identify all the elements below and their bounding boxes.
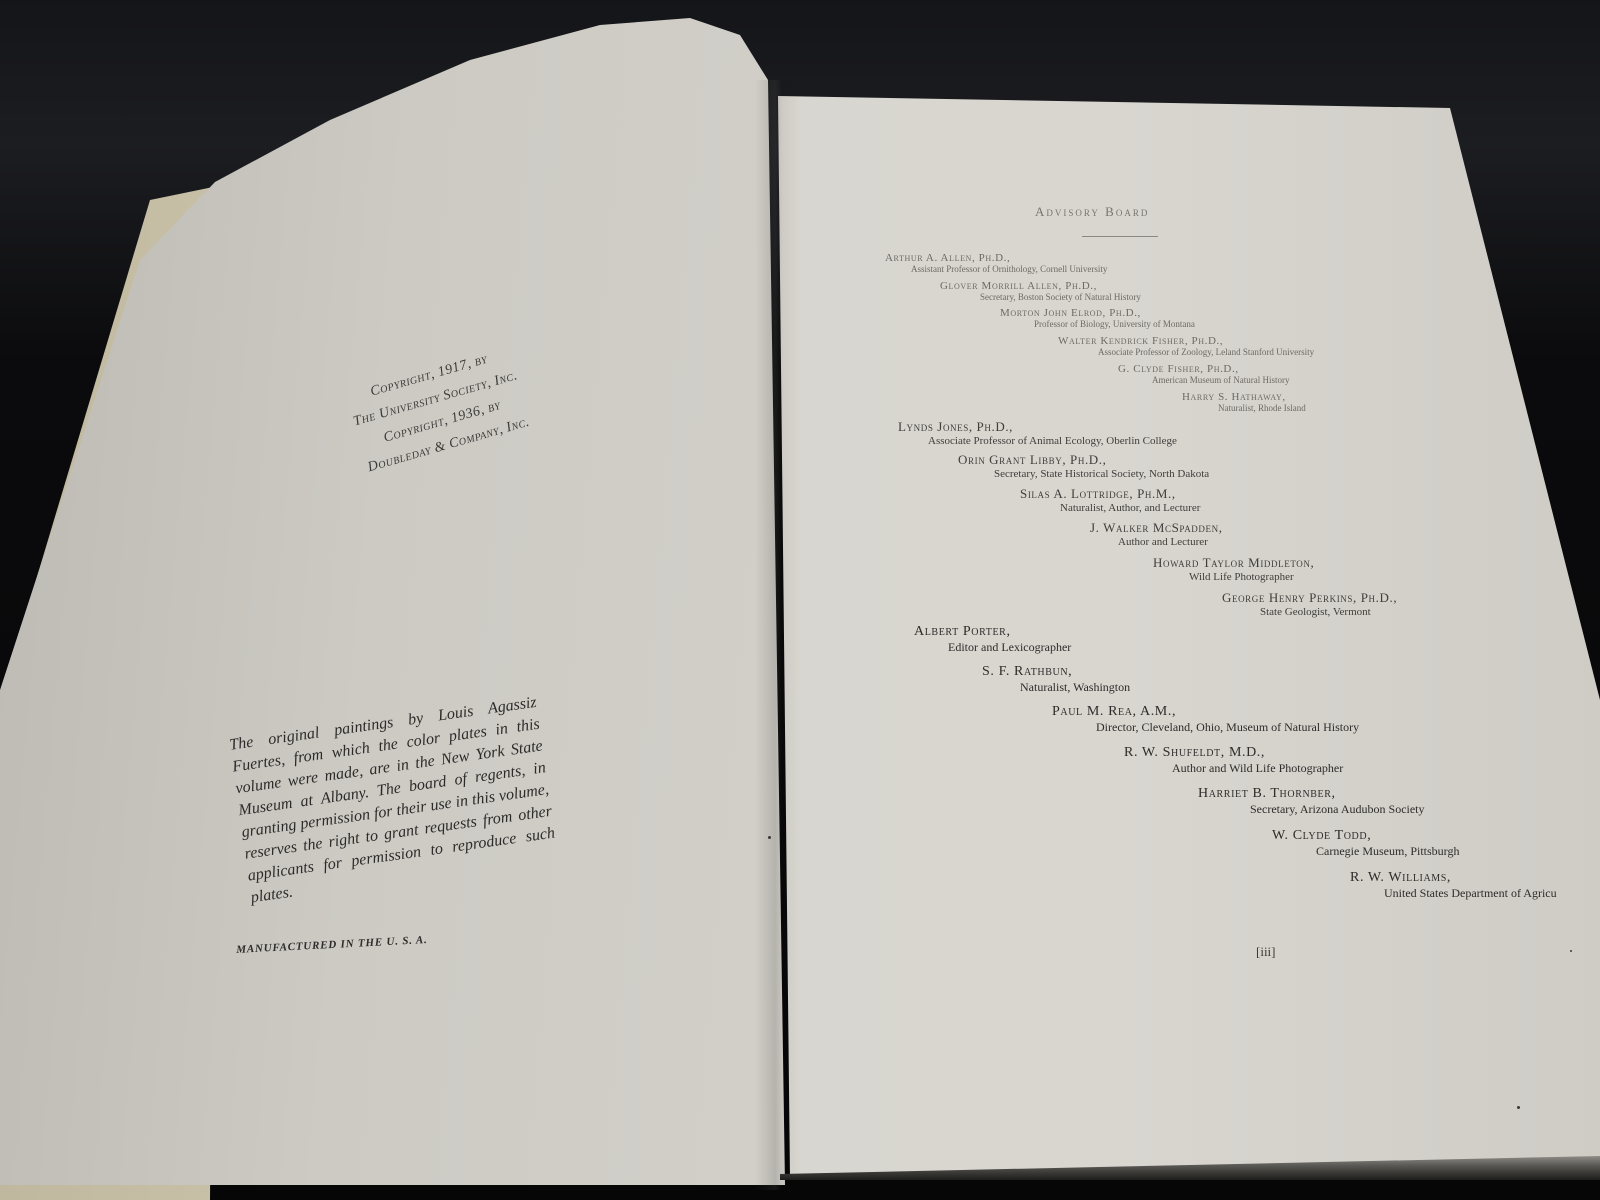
member-role: Associate Professor of Zoology, Leland S… — [1098, 347, 1314, 357]
member-name: Paul M. Rea, A.M., — [1052, 704, 1359, 720]
board-member: Glover Morrill Allen, Ph.D., Secretary, … — [940, 280, 1141, 302]
member-name: Harry S. Hathaway, — [1182, 391, 1306, 403]
board-member: Walter Kendrick Fisher, Ph.D., Associate… — [1058, 335, 1314, 357]
board-member: Silas A. Lottridge, Ph.M., Naturalist, A… — [1020, 486, 1200, 514]
member-name: Morton John Elrod, Ph.D., — [1000, 307, 1195, 319]
member-role: Author and Wild Life Photographer — [1172, 761, 1343, 776]
board-member: Morton John Elrod, Ph.D., Professor of B… — [1000, 307, 1195, 329]
board-member: Albert Porter, Editor and Lexicographer — [914, 624, 1071, 655]
paper-speck — [1570, 950, 1572, 952]
board-member: Harry S. Hathaway, Naturalist, Rhode Isl… — [1182, 391, 1306, 413]
board-member: Howard Taylor Middleton, Wild Life Photo… — [1153, 555, 1314, 583]
member-role: State Geologist, Vermont — [1260, 606, 1397, 618]
member-name: Walter Kendrick Fisher, Ph.D., — [1058, 335, 1314, 347]
member-name: W. Clyde Todd, — [1272, 828, 1459, 844]
page-title: Advisory Board — [1035, 204, 1149, 220]
board-member: Harriet B. Thornber, Secretary, Arizona … — [1198, 786, 1425, 817]
board-member: J. Walker McSpadden, Author and Lecturer — [1090, 520, 1223, 548]
board-member: G. Clyde Fisher, Ph.D., American Museum … — [1118, 363, 1289, 385]
member-role: Assistant Professor of Ornithology, Corn… — [911, 264, 1107, 274]
member-name: S. F. Rathbun, — [982, 664, 1130, 680]
member-role: Secretary, State Historical Society, Nor… — [994, 468, 1209, 480]
book-gutter — [755, 80, 800, 1190]
member-name: Lynds Jones, Ph.D., — [898, 419, 1177, 435]
paper-speck — [1517, 1106, 1520, 1109]
member-name: Howard Taylor Middleton, — [1153, 555, 1314, 571]
member-role: United States Department of Agricu — [1384, 886, 1557, 901]
member-role: Naturalist, Washington — [1020, 680, 1130, 695]
member-name: George Henry Perkins, Ph.D., — [1222, 590, 1397, 606]
board-member: W. Clyde Todd, Carnegie Museum, Pittsbur… — [1272, 828, 1459, 859]
member-role: Secretary, Boston Society of Natural His… — [980, 292, 1141, 302]
member-role: Associate Professor of Animal Ecology, O… — [928, 435, 1177, 447]
member-role: Author and Lecturer — [1118, 536, 1223, 548]
member-role: Carnegie Museum, Pittsburgh — [1316, 844, 1459, 859]
member-role: Secretary, Arizona Audubon Society — [1250, 802, 1425, 817]
member-name: R. W. Shufeldt, M.D., — [1124, 745, 1343, 761]
member-name: Glover Morrill Allen, Ph.D., — [940, 280, 1141, 292]
board-member: Arthur A. Allen, Ph.D., Assistant Profes… — [885, 252, 1107, 274]
member-name: Arthur A. Allen, Ph.D., — [885, 252, 1107, 264]
title-divider — [1082, 236, 1158, 237]
board-member: Paul M. Rea, A.M., Director, Cleveland, … — [1052, 704, 1359, 735]
board-member: R. W. Shufeldt, M.D., Author and Wild Li… — [1124, 745, 1343, 776]
member-role: Naturalist, Rhode Island — [1218, 403, 1306, 413]
member-role: American Museum of Natural History — [1152, 375, 1289, 385]
board-member: Lynds Jones, Ph.D., Associate Professor … — [898, 419, 1177, 447]
member-role: Professor of Biology, University of Mont… — [1034, 319, 1195, 329]
member-name: Silas A. Lottridge, Ph.M., — [1020, 486, 1200, 502]
page-number: [iii] — [1256, 944, 1276, 960]
member-role: Director, Cleveland, Ohio, Museum of Nat… — [1096, 720, 1359, 735]
member-name: Orin Grant Libby, Ph.D., — [958, 452, 1209, 468]
member-role: Wild Life Photographer — [1189, 571, 1314, 583]
member-name: Harriet B. Thornber, — [1198, 786, 1425, 802]
member-role: Naturalist, Author, and Lecturer — [1060, 502, 1200, 514]
board-member: Orin Grant Libby, Ph.D., Secretary, Stat… — [958, 452, 1209, 480]
member-name: J. Walker McSpadden, — [1090, 520, 1223, 536]
member-name: R. W. Williams, — [1350, 870, 1557, 886]
member-name: Albert Porter, — [914, 624, 1071, 640]
paper-speck — [768, 836, 771, 839]
photo-scene: Copyright, 1917, by The University Socie… — [0, 0, 1600, 1200]
member-name: G. Clyde Fisher, Ph.D., — [1118, 363, 1289, 375]
board-member: S. F. Rathbun, Naturalist, Washington — [982, 664, 1130, 695]
board-member: R. W. Williams, United States Department… — [1350, 870, 1557, 901]
board-member: George Henry Perkins, Ph.D., State Geolo… — [1222, 590, 1397, 618]
member-role: Editor and Lexicographer — [948, 640, 1071, 655]
